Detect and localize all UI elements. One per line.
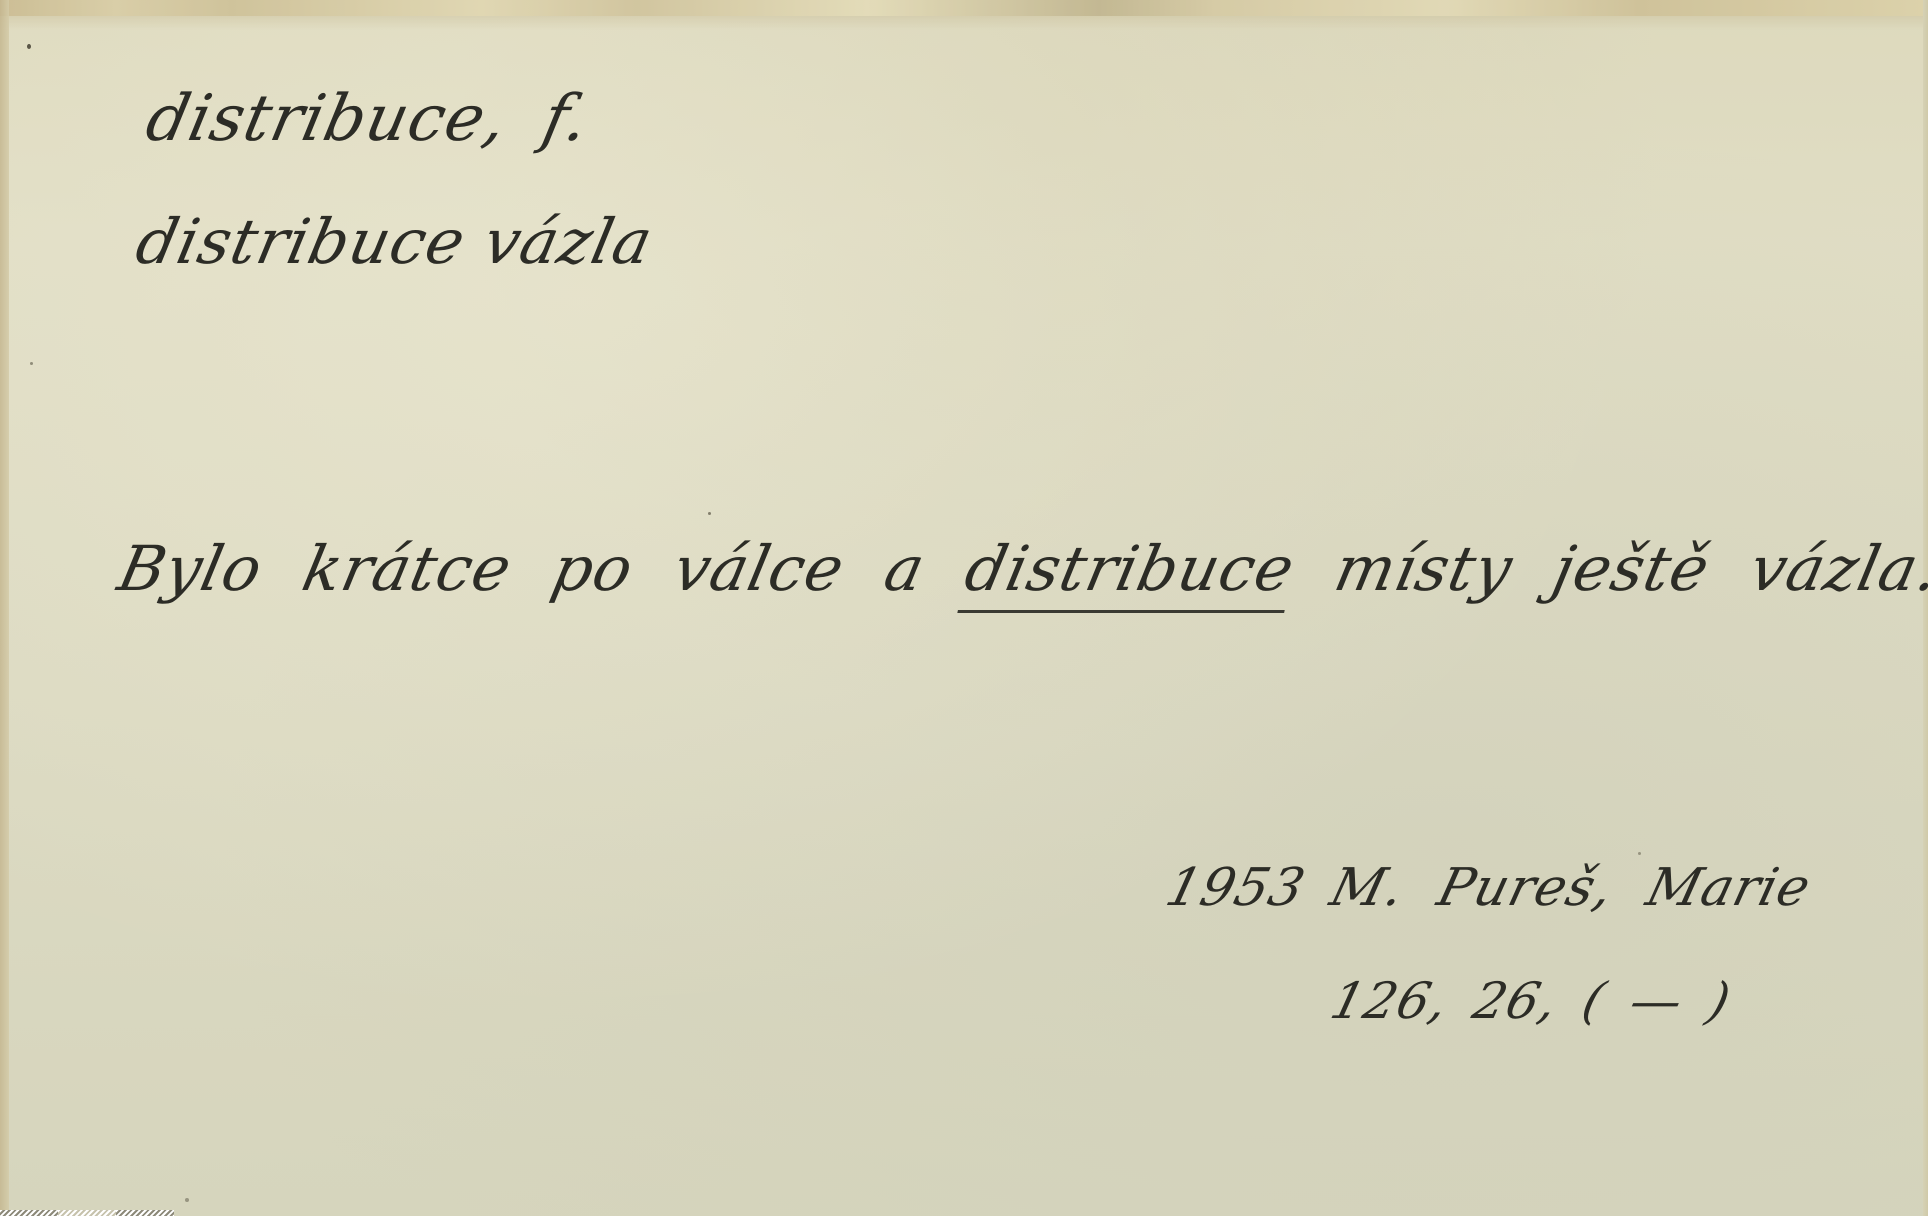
grammar-label: f. xyxy=(536,82,595,156)
source-year: 1953 xyxy=(1160,858,1311,918)
headword-line: distribuce,f. xyxy=(140,82,596,156)
scan-right-edge xyxy=(1923,0,1928,1216)
example-text-after: místy ještě vázla. xyxy=(1329,532,1928,605)
example-sentence: Bylo krátce po válce a distribuce místy … xyxy=(112,532,1928,605)
scan-scale-bar xyxy=(0,1210,175,1216)
example-keyword-underlined: distribuce xyxy=(959,532,1301,605)
index-card: distribuce,f. distribuce vázla Bylo krát… xyxy=(0,0,1928,1216)
paper-speck xyxy=(185,1198,189,1202)
headword-lemma: distribuce xyxy=(140,82,493,156)
source-line: 1953M. Pureš, Marie xyxy=(1160,858,1817,918)
source-reference: 126, 26, ( — ) xyxy=(1325,972,1737,1030)
scale-bar-segment xyxy=(0,1210,58,1216)
scan-top-edge xyxy=(0,0,1928,16)
paper-speck xyxy=(708,512,711,515)
scan-left-edge xyxy=(0,0,9,1216)
collocation-line: distribuce vázla xyxy=(130,205,659,278)
example-text-before: Bylo krátce po válce a xyxy=(112,532,932,605)
paper-speck xyxy=(1638,852,1641,855)
source-author: M. Pureš, Marie xyxy=(1324,858,1817,918)
scale-bar-segment xyxy=(116,1210,174,1216)
paper-speck xyxy=(27,44,31,49)
paper-speck xyxy=(30,362,33,365)
scale-bar-segment xyxy=(58,1210,116,1216)
